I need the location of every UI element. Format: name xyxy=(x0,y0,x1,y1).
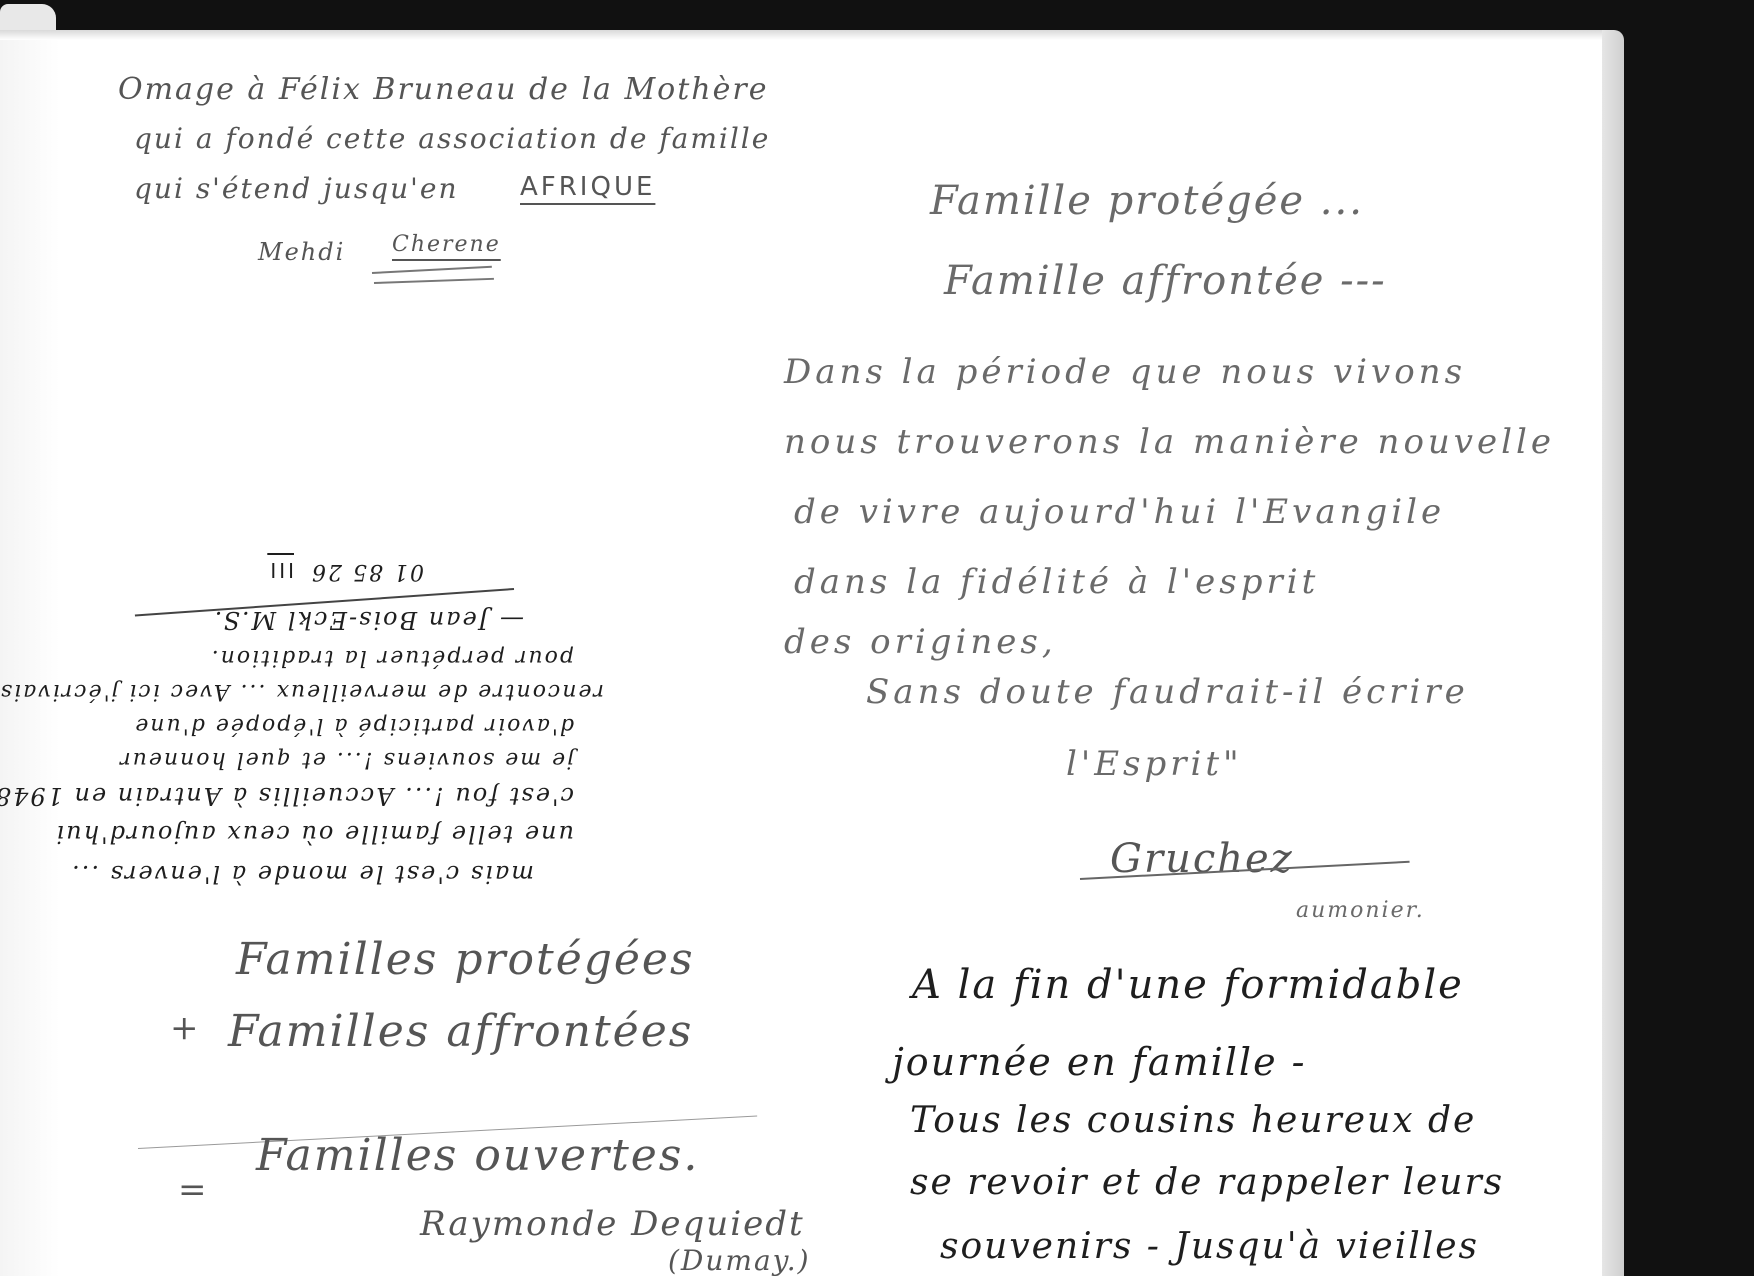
chaplain-body-5: des origines, xyxy=(784,622,1057,662)
chaplain-title-2: Famille affrontée --- xyxy=(944,258,1387,304)
upside-line-1: mais c'est le monde à l'envers ... xyxy=(70,860,534,888)
chaplain-body-4: dans la fidélité à l'esprit xyxy=(794,562,1319,602)
tribute-line-3: qui s'étend jusqu'en xyxy=(134,172,458,205)
equation-line-1: Familles protégées xyxy=(236,934,695,985)
chaplain-quote-1: Sans doute faudrait-il écrire xyxy=(866,672,1469,712)
upside-line-5: d'avoir participé à l'épopée d'une xyxy=(133,713,574,738)
equation-signature: Raymonde Dequiedt xyxy=(420,1204,805,1244)
upside-reference-number: 01 85 26 xyxy=(310,559,424,584)
tribute-emphasis-afrique: AFRIQUE xyxy=(520,172,655,202)
tribute-signature-last: Cherene xyxy=(392,232,501,257)
chaplain-role: aumonier. xyxy=(1296,898,1425,923)
chaplain-body-1: Dans la période que nous vivons xyxy=(784,352,1466,392)
equation-result: Familles ouvertes. xyxy=(256,1130,699,1181)
closing-line-3: Tous les cousins heureux de xyxy=(910,1100,1476,1141)
upside-signature: — Jean Bois-Eckl M.S. xyxy=(213,606,524,634)
page-right-edge xyxy=(1602,30,1624,1276)
upside-line-2: une telle famille où ceux aujourd'hui xyxy=(54,820,574,848)
chaplain-body-2: nous trouverons la manière nouvelle xyxy=(784,422,1555,462)
chaplain-quote-2: l'Esprit" xyxy=(1066,744,1243,784)
upside-down-entry: mais c'est le monde à l'envers ... une t… xyxy=(84,548,584,888)
closing-line-4: se revoir et de rappeler leurs xyxy=(910,1162,1504,1203)
upside-line-7: pour perpétuer la tradition. xyxy=(210,645,574,670)
chaplain-title-1: Famille protégée ... xyxy=(930,178,1364,224)
page-top-edge xyxy=(0,30,1610,40)
equation-line-2: Familles affrontées xyxy=(228,1006,693,1057)
closing-line-2: journée en famille - xyxy=(892,1040,1307,1084)
equals-sign: = xyxy=(178,1170,209,1210)
tribute-line-1: Omage à Félix Bruneau de la Mothère xyxy=(118,72,768,107)
upside-line-3: c'est fou !... Accueillis à Antrain en 1… xyxy=(0,782,574,810)
upside-line-6: rencontre de merveilleux ... Avec ici j'… xyxy=(0,679,604,704)
plus-sign: + xyxy=(170,1008,201,1048)
upside-reference-roman: III xyxy=(267,558,294,582)
tribute-line-2: qui a fondé cette association de famille xyxy=(134,122,770,155)
equation-signature-note: (Dumay.) xyxy=(668,1244,811,1276)
closing-line-5: souvenirs - Jusqu'à vieilles xyxy=(940,1226,1479,1267)
tribute-signature-first: Mehdi xyxy=(258,238,345,266)
upside-line-4: je me souviens !... et quel honneur xyxy=(118,747,574,772)
chaplain-body-3: de vivre aujourd'hui l'Evangile xyxy=(794,492,1445,532)
closing-line-1: A la fin d'une formidable xyxy=(912,962,1464,1008)
